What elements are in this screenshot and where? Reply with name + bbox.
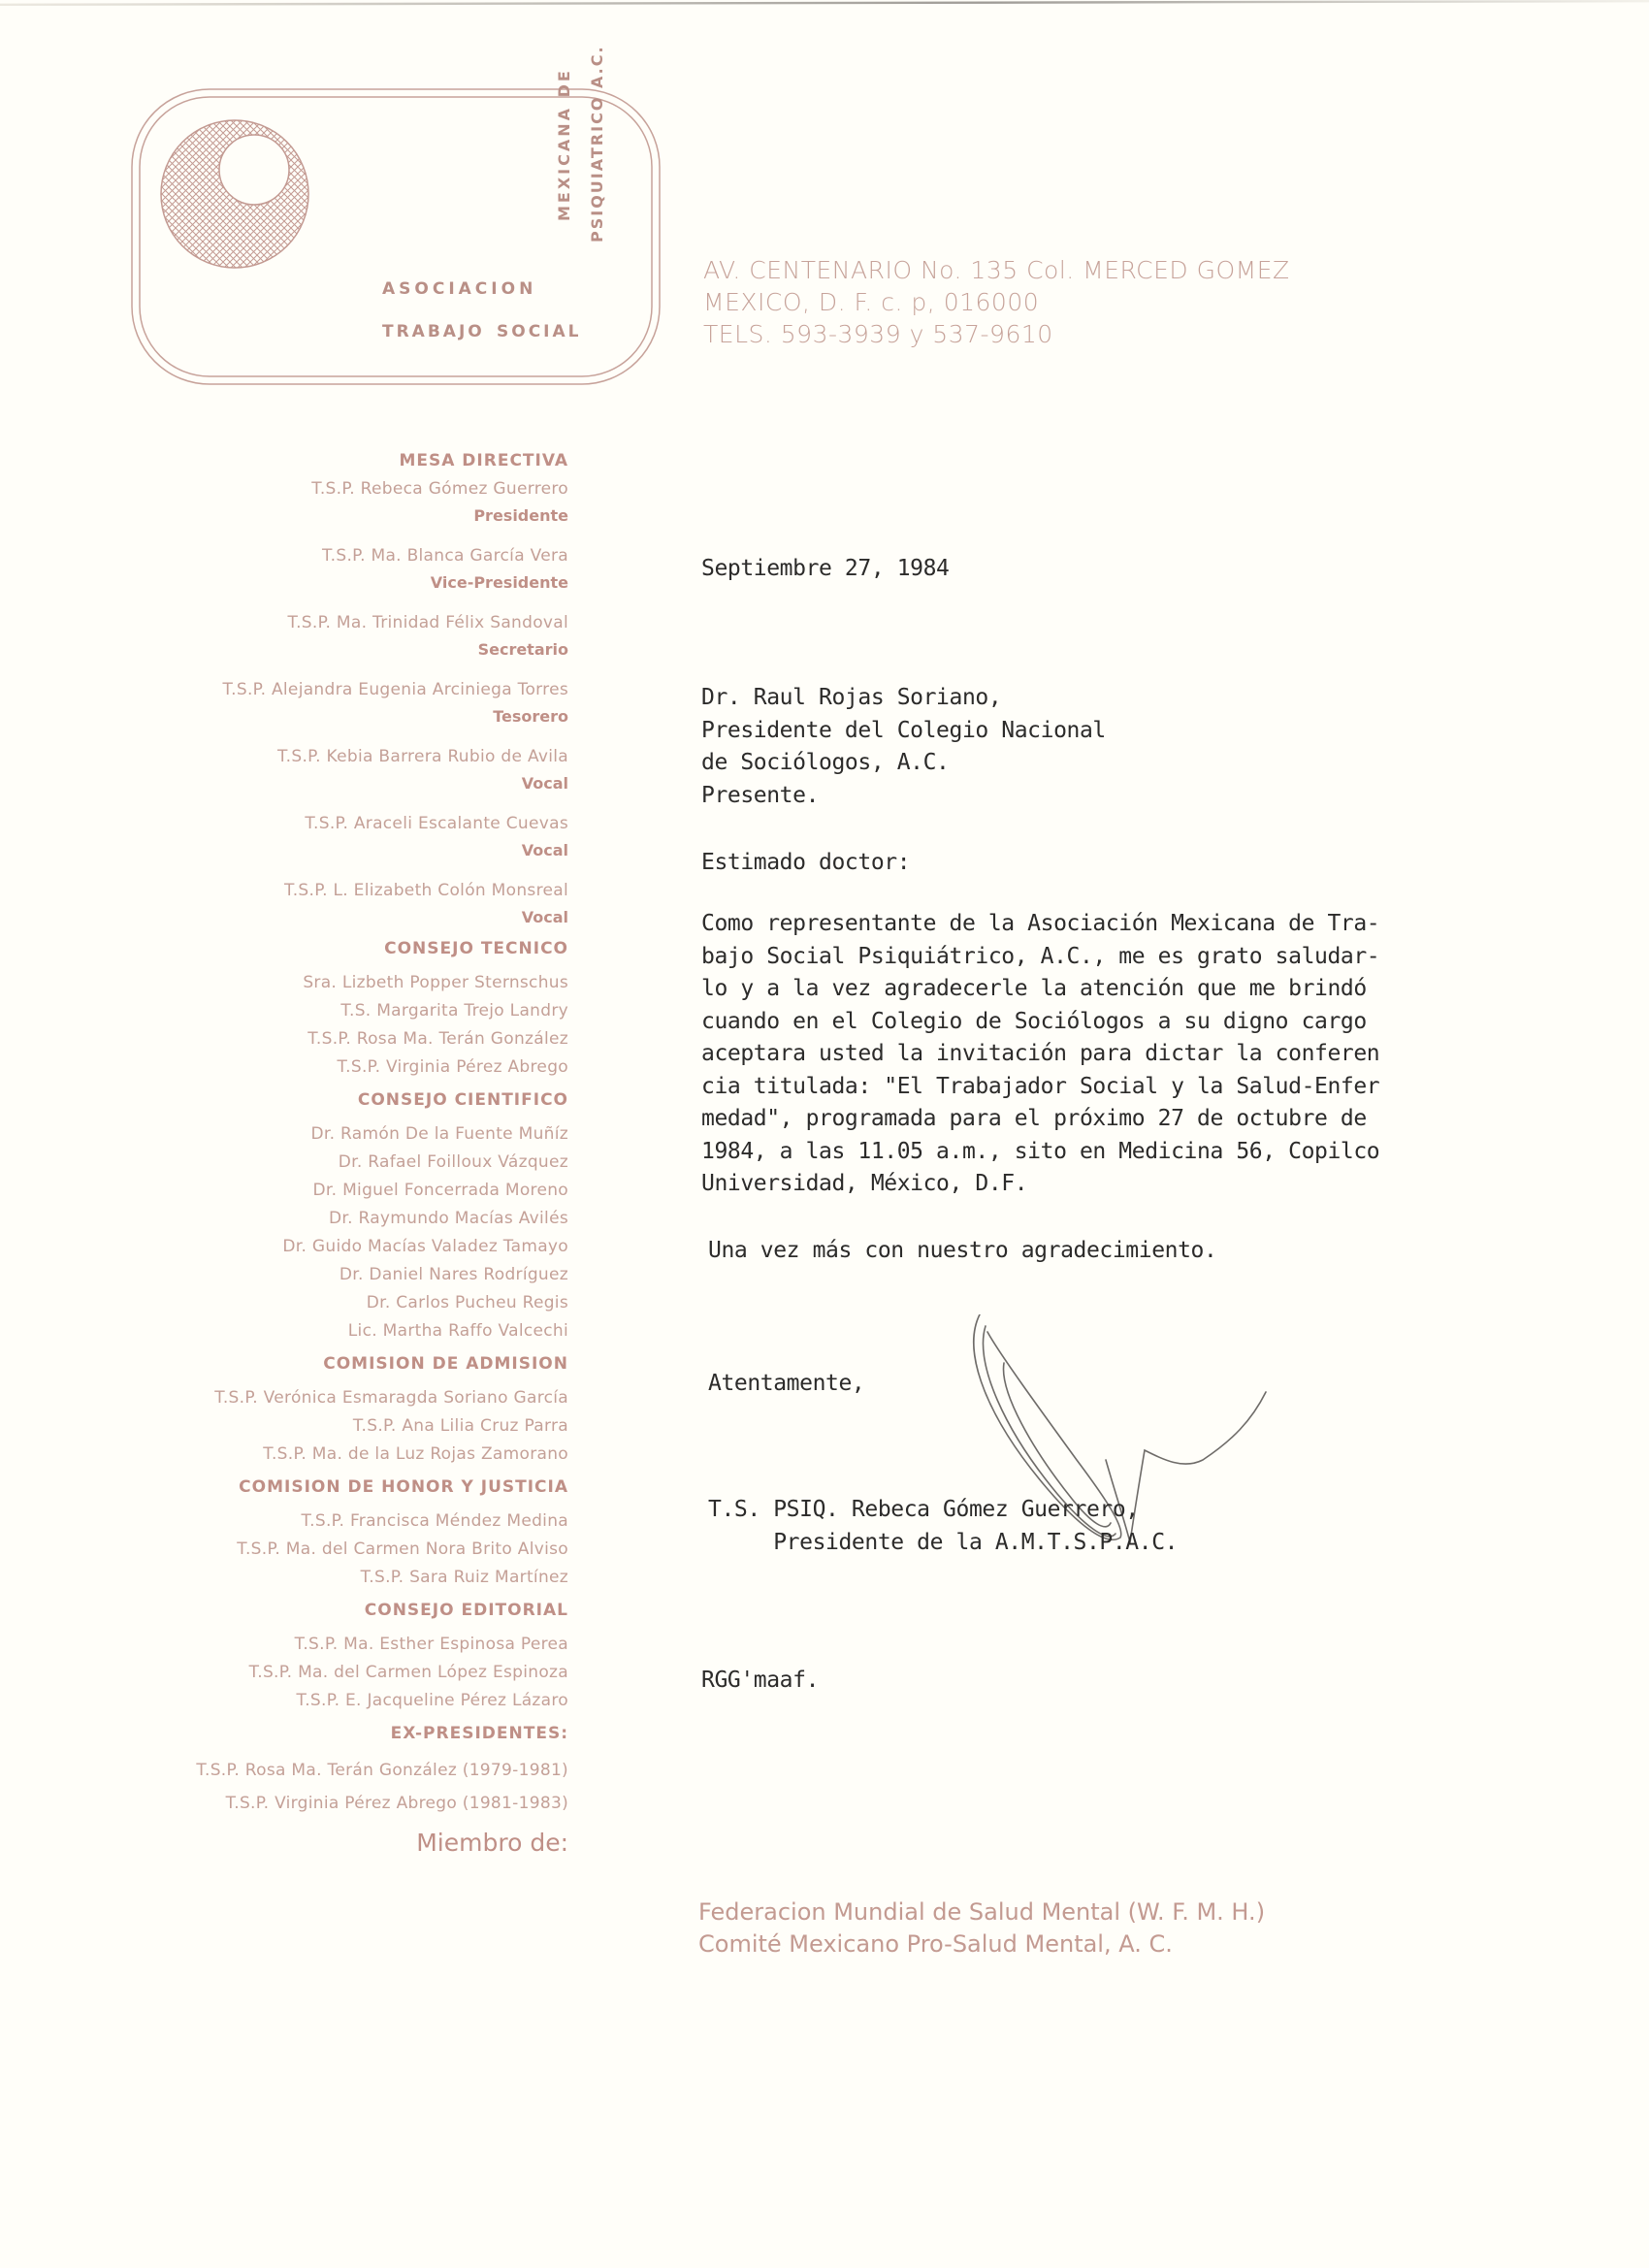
- member-name: Dr. Carlos Pucheu Regis: [58, 1289, 568, 1317]
- logo-vertical-psiquiatrico: PSIQUIATRICO A.C.: [588, 45, 606, 243]
- member-role: Tesorero: [58, 704, 568, 729]
- member-name: T.S.P. Ana Lilia Cruz Parra: [58, 1412, 568, 1441]
- body-line: Como representante de la Asociación Mexi…: [701, 908, 1379, 941]
- section-heading-ex-presidentes: EX-PRESIDENTES:: [58, 1719, 568, 1748]
- letter-valediction: Atentamente,: [708, 1368, 864, 1401]
- recipient-line: de Sociólogos, A.C.: [701, 747, 1106, 780]
- roster-entry: T.S.P. Alejandra Eugenia Arciniega Torre…: [58, 676, 568, 729]
- roster-entry: T.S.P. L. Elizabeth Colón Monsreal Vocal: [58, 877, 568, 930]
- member-name: T.S.P. Virginia Pérez Abrego (1981-1983): [58, 1787, 568, 1820]
- section-heading-comision-admision: COMISION DE ADMISION: [58, 1349, 568, 1378]
- member-name: Dr. Raymundo Macías Avilés: [58, 1205, 568, 1233]
- member-name: T.S.P. Rosa Ma. Terán González (1979-198…: [58, 1754, 568, 1787]
- member-name: T.S.P. Sara Ruiz Martínez: [58, 1564, 568, 1592]
- body-line: Universidad, México, D.F.: [701, 1168, 1379, 1201]
- signer-name: T.S. PSIQ. Rebeca Gómez Guerrero,: [708, 1494, 1178, 1527]
- address-street: AV. CENTENARIO No. 135 Col. MERCED GOMEZ: [703, 254, 1290, 286]
- logo-frame-icon: [128, 85, 663, 388]
- affiliation-item: Comité Mexicano Pro-Salud Mental, A. C.: [698, 1928, 1265, 1960]
- letterhead-address: AV. CENTENARIO No. 135 Col. MERCED GOMEZ…: [703, 254, 1290, 350]
- member-name: T.S.P. Ma. Esther Espinosa Perea: [58, 1631, 568, 1659]
- letter-body: Como representante de la Asociación Mexi…: [701, 908, 1379, 1201]
- member-name: T.S.P. Araceli Escalante Cuevas: [58, 810, 568, 838]
- member-name: T.S.P. Francisca Méndez Medina: [58, 1507, 568, 1536]
- member-name: Dr. Rafael Foilloux Vázquez: [58, 1149, 568, 1177]
- roster-entry: T.S.P. Ma. Blanca García Vera Vice-Presi…: [58, 542, 568, 596]
- letter-closing-thanks: Una vez más con nuestro agradecimiento.: [708, 1235, 1216, 1268]
- letter-date: Septiembre 27, 1984: [701, 553, 950, 586]
- member-name: T.S.P. E. Jacqueline Pérez Lázaro: [58, 1687, 568, 1715]
- body-line: lo y a la vez agradecerle la atención qu…: [701, 973, 1379, 1006]
- member-name: T.S.P. Verónica Esmaragda Soriano García: [58, 1384, 568, 1412]
- address-phones: TELS. 593-3939 y 537-9610: [703, 318, 1290, 350]
- association-logo: ASOCIACION TRABAJO SOCIAL MEXICANA DE PS…: [128, 85, 663, 388]
- member-role: Vice-Presidente: [58, 570, 568, 596]
- body-line: cia titulada: "El Trabajador Social y la…: [701, 1071, 1379, 1104]
- member-name: T.S.P. Rosa Ma. Terán González: [58, 1025, 568, 1053]
- member-name: T.S. Margarita Trejo Landry: [58, 997, 568, 1025]
- member-role: Vocal: [58, 838, 568, 863]
- affiliations-footer: Federacion Mundial de Salud Mental (W. F…: [698, 1896, 1265, 1960]
- member-role: Vocal: [58, 771, 568, 796]
- logo-line-trabajo: TRABAJO: [382, 322, 485, 341]
- member-name: T.S.P. Ma. de la Luz Rojas Zamorano: [58, 1441, 568, 1469]
- member-name: T.S.P. Rebeca Gómez Guerrero: [58, 475, 568, 503]
- member-name: T.S.P. Virginia Pérez Abrego: [58, 1053, 568, 1082]
- letter-salutation: Estimado doctor:: [701, 847, 910, 880]
- letter-signer: T.S. PSIQ. Rebeca Gómez Guerrero, Presid…: [708, 1494, 1178, 1559]
- member-name: T.S.P. Ma. Trinidad Félix Sandoval: [58, 609, 568, 637]
- signer-title: Presidente de la A.M.T.S.P.A.C.: [708, 1527, 1178, 1560]
- section-heading-consejo-cientifico: CONSEJO CIENTIFICO: [58, 1085, 568, 1115]
- affiliation-item: Federacion Mundial de Salud Mental (W. F…: [698, 1896, 1265, 1928]
- member-role: Presidente: [58, 503, 568, 529]
- member-name: T.S.P. Ma. del Carmen Nora Brito Alviso: [58, 1536, 568, 1564]
- roster-entry: T.S.P. Rebeca Gómez Guerrero Presidente: [58, 475, 568, 529]
- logo-line-social: SOCIAL: [497, 322, 582, 341]
- recipient-line: Presidente del Colegio Nacional: [701, 715, 1106, 748]
- recipient-line: Presente.: [701, 780, 1106, 813]
- member-name: T.S.P. Ma. Blanca García Vera: [58, 542, 568, 570]
- member-name: Dr. Daniel Nares Rodríguez: [58, 1261, 568, 1289]
- member-name: T.S.P. Kebia Barrera Rubio de Avila: [58, 743, 568, 771]
- roster-entry: T.S.P. Araceli Escalante Cuevas Vocal: [58, 810, 568, 863]
- member-name: T.S.P. Alejandra Eugenia Arciniega Torre…: [58, 676, 568, 704]
- body-line: 1984, a las 11.05 a.m., sito en Medicina…: [701, 1136, 1379, 1169]
- roster-entry: T.S.P. Kebia Barrera Rubio de Avila Voca…: [58, 743, 568, 796]
- member-name: Dr. Guido Macías Valadez Tamayo: [58, 1233, 568, 1261]
- logo-vertical-mexicana: MEXICANA DE: [555, 68, 573, 221]
- roster-entry: T.S.P. Ma. Trinidad Félix Sandoval Secre…: [58, 609, 568, 663]
- member-role: Secretario: [58, 637, 568, 663]
- section-heading-mesa-directiva: MESA DIRECTIVA: [58, 446, 568, 475]
- recipient-line: Dr. Raul Rojas Soriano,: [701, 682, 1106, 715]
- member-name: Sra. Lizbeth Popper Sternschus: [58, 969, 568, 997]
- member-name: T.S.P. Ma. del Carmen López Espinoza: [58, 1659, 568, 1687]
- typist-initials: RGG'maaf.: [701, 1665, 819, 1698]
- body-line: bajo Social Psiquiátrico, A.C., me es gr…: [701, 941, 1379, 974]
- section-heading-consejo-editorial: CONSEJO EDITORIAL: [58, 1596, 568, 1625]
- member-name: Dr. Miguel Foncerrada Moreno: [58, 1177, 568, 1205]
- member-role: Vocal: [58, 905, 568, 930]
- logo-line-asociacion: ASOCIACION: [382, 279, 536, 299]
- member-name: Dr. Ramón De la Fuente Muñíz: [58, 1120, 568, 1149]
- body-line: aceptara usted la invitación para dictar…: [701, 1038, 1379, 1071]
- miembro-de-label: Miembro de:: [58, 1826, 568, 1861]
- section-heading-consejo-tecnico: CONSEJO TECNICO: [58, 934, 568, 963]
- letter-recipient: Dr. Raul Rojas Soriano, Presidente del C…: [701, 682, 1106, 812]
- member-name: T.S.P. L. Elizabeth Colón Monsreal: [58, 877, 568, 905]
- scan-edge: [0, 0, 1649, 6]
- body-line: medad", programada para el próximo 27 de…: [701, 1103, 1379, 1136]
- member-name: Lic. Martha Raffo Valcechi: [58, 1317, 568, 1345]
- body-line: cuando en el Colegio de Sociólogos a su …: [701, 1006, 1379, 1039]
- board-roster: MESA DIRECTIVA T.S.P. Rebeca Gómez Guerr…: [58, 442, 568, 1861]
- section-heading-comision-honor: COMISION DE HONOR Y JUSTICIA: [58, 1473, 568, 1502]
- address-city: MEXICO, D. F. c. p, 016000: [703, 286, 1290, 318]
